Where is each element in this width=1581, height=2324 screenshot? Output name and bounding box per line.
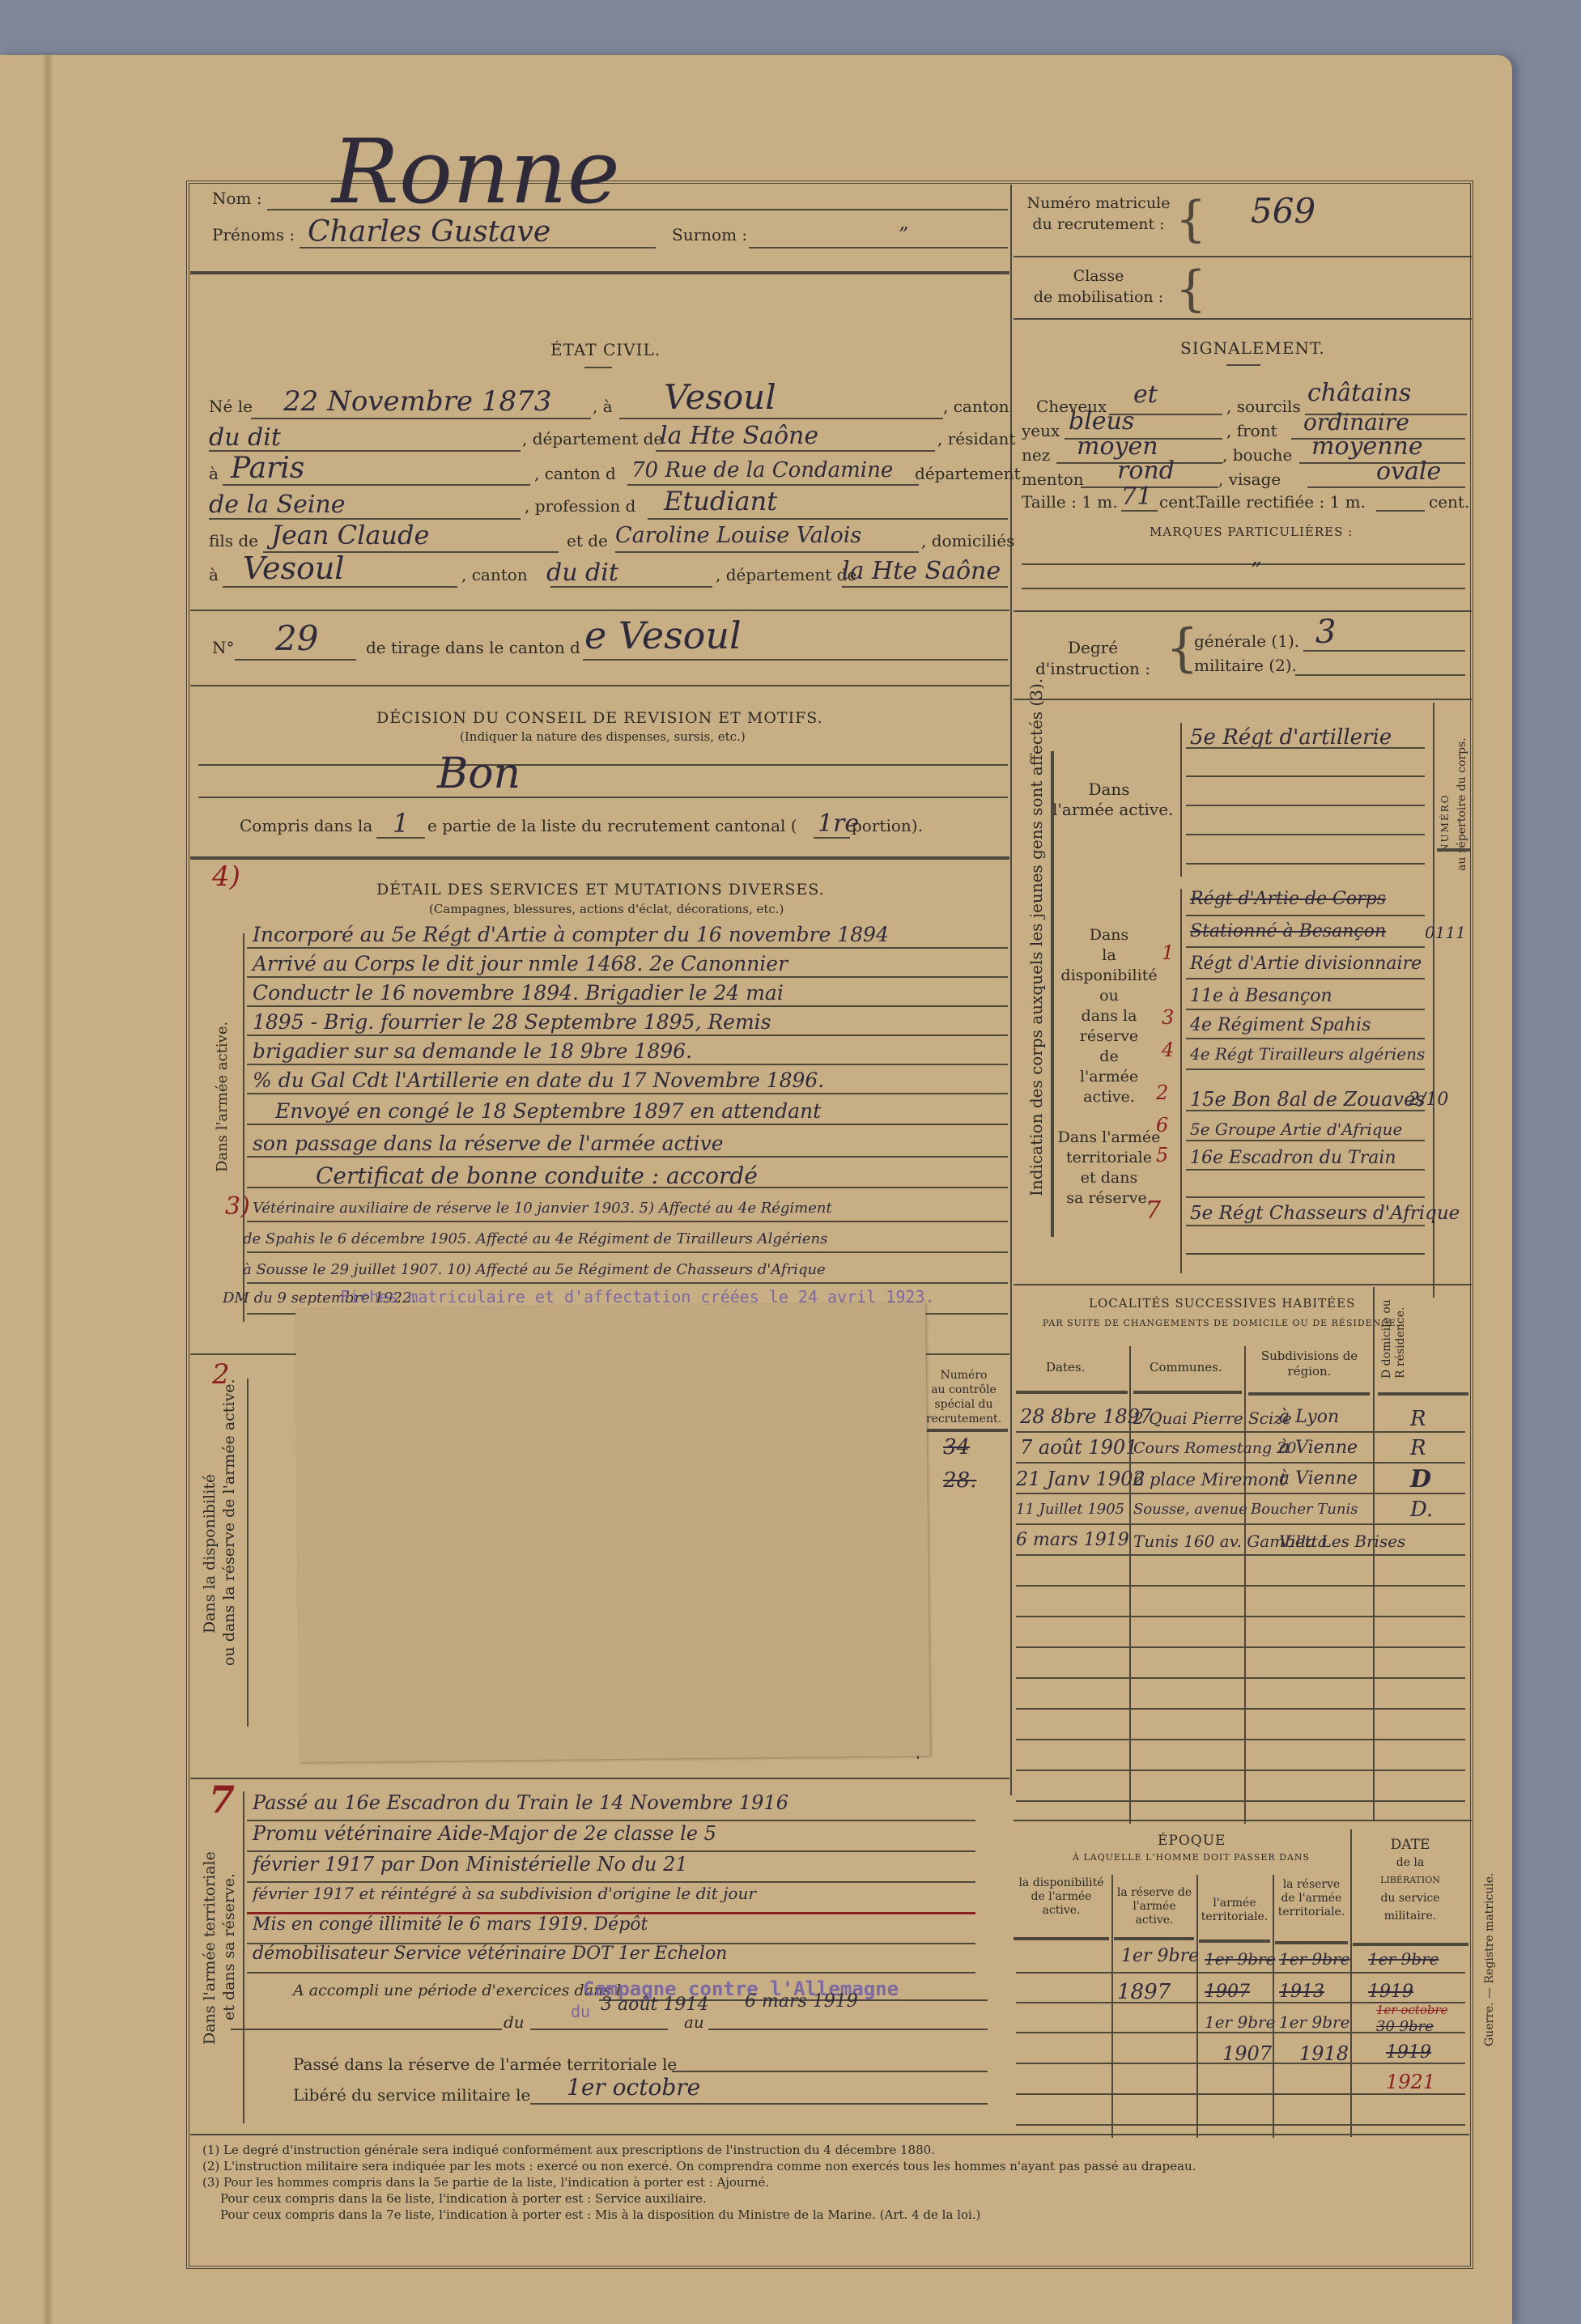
portion-label: portion). (852, 816, 923, 835)
territoriale-value: 1907 (1222, 2042, 1272, 2065)
mother-name: Caroline Louise Valois (615, 523, 861, 548)
du-label: du (504, 2012, 525, 2032)
terr-entry: 15e Bon 8al de Zouaves (1190, 1088, 1426, 1111)
territoriale-value: 1er 9bre (1205, 2012, 1275, 2032)
profession-value: Etudiant (664, 486, 777, 516)
decision-title: DÉCISION DU CONSEIL DE REVISION ET MOTIF… (376, 709, 823, 727)
sourcils-label: , sourcils (1226, 397, 1301, 416)
date-liberation-line: LIBÉRATION (1354, 1872, 1467, 1889)
territoriale-line: février 1917 et réintégré à sa subdivisi… (253, 1884, 756, 1903)
footnote: Pour ceux compris dans la 7e liste, l'in… (202, 2207, 1465, 2223)
stamp-du: du (571, 2002, 590, 2021)
dispo-entry: 4e Régiment Spahis (1190, 1015, 1371, 1035)
cent-label: cent. (1159, 492, 1200, 512)
register-page: Nom : Ronne Prénoms : Charles Gustave Su… (0, 55, 1512, 2324)
dispo-marker: 1 (1162, 941, 1174, 964)
epoque-subtitle: À LAQUELLE L'HOMME DOIT PASSER DANS (1073, 1852, 1310, 1863)
degre-label-2: d'instruction : (1032, 659, 1154, 678)
dispo-label-line: la disponibilité (1056, 945, 1162, 986)
row-date: 6 mars 1919 (1016, 1530, 1129, 1550)
ne-le-value: 22 Novembre 1873 (283, 385, 551, 418)
footnote: (2) L'instruction militaire sera indiqué… (202, 2158, 1465, 2174)
tirage-canton-value: e Vesoul (584, 614, 742, 657)
sourcils-value: châtains (1307, 379, 1411, 407)
departement-label: , département de (522, 429, 663, 448)
services-side-label: Dans l'armée active. (214, 1022, 231, 1172)
dispo-label-line: de (1056, 1047, 1162, 1067)
birthplace-value: Vesoul (664, 377, 776, 417)
epoque-col-territoriale: l'armée territoriale. (1198, 1897, 1271, 1924)
degre-label-1: Degré (1032, 638, 1154, 657)
active-label-2: l'armée active. (1052, 800, 1166, 819)
service-line: % du Gal Cdt l'Artillerie en date du 17 … (253, 1069, 824, 1092)
dom-canton-value: du dit (546, 559, 618, 587)
column-divider (1010, 185, 1012, 1795)
generale-value: 3 (1315, 614, 1336, 651)
active-entry: 5e Régt d'artillerie (1190, 725, 1392, 750)
localites-subtitle: PAR SUITE DE CHANGEMENTS DE DOMICILE OU … (1043, 1318, 1400, 1328)
decision-subtitle: (Indiquer la nature des dispenses, sursi… (460, 729, 746, 744)
service-line: à Sousse le 29 juillet 1907. 10) Affecté… (243, 1261, 826, 1278)
disponibilite-side-label-1: Dans la disponibilité (201, 1474, 219, 1634)
libere-value: 1er octobre (567, 2074, 700, 2101)
row-date: 7 août 1901 (1020, 1436, 1137, 1459)
surnom-label: Surnom : (672, 225, 747, 244)
epoque-col-disponibilite: la disponibilité de l'armée active. (1012, 1876, 1111, 1918)
dom-dept-value: la Hte Saône (842, 557, 1001, 585)
ne-le-label: Né le (209, 397, 253, 416)
nez-label: nez (1022, 445, 1050, 465)
cent2-label: cent. (1429, 492, 1469, 512)
dispo-label-line: l'armée active. (1056, 1067, 1162, 1107)
service-line: Vétérinaire auxiliaire de réserve le 10 … (253, 1200, 832, 1217)
campagne-au-value: 6 mars 1919 (745, 1991, 858, 2012)
matricule-value: 569 (1251, 191, 1315, 231)
taille-label: Taille : 1 m. (1022, 492, 1118, 512)
row-type: D (1410, 1465, 1431, 1493)
row-commune: Sousse, avenue (1133, 1501, 1247, 1518)
cheveux-value: et (1133, 380, 1158, 409)
yeux-label: yeux (1022, 421, 1060, 440)
epoque-col-reserve-territoriale: la réserve de l'armée territoriale. (1274, 1878, 1349, 1919)
surnom-value: ” (899, 223, 908, 246)
controle-label-line: au contrôle (921, 1383, 1006, 1397)
registre-matricule-caption: Guerre. — Registre matricule. (1483, 1873, 1496, 2047)
territoriale-label-line: et dans (1056, 1168, 1162, 1188)
et-de-label: et de (567, 531, 608, 550)
canton-value: du dit (209, 423, 281, 452)
residant-a-label: à (209, 464, 219, 483)
row-commune: Cours Romestang 20 (1133, 1439, 1296, 1457)
service-line: 1895 - Brig. fourrier le 28 Septembre 18… (253, 1010, 771, 1034)
footnote: Pour ceux compris dans la 6e liste, l'in… (202, 2190, 1465, 2207)
date-liberation-line: militaire. (1354, 1907, 1467, 1925)
prenoms-value: Charles Gustave (308, 215, 550, 249)
terr-marker: 6 (1156, 1114, 1168, 1137)
territoriale-line: Promu vétérinaire Aide-Major de 2e class… (253, 1822, 716, 1845)
prenoms-label: Prénoms : (212, 225, 295, 244)
partie-label: e partie de la liste du recrutement cant… (427, 816, 797, 835)
terr-entry: 5e Groupe Artie d'Afrique (1190, 1120, 1402, 1139)
territoriale-value: 1907 (1205, 1982, 1250, 2002)
date-liberation-header: DATE de la LIBÉRATION du service militai… (1354, 1836, 1467, 1925)
tirage-label: de tirage dans le canton d (366, 638, 580, 657)
controle-label-line: recrutement. (921, 1412, 1006, 1426)
dispo-label-line: dans la réserve (1056, 1006, 1162, 1047)
reserve-active-value: 1897 (1117, 1980, 1171, 2004)
controle-value: 34 (943, 1435, 970, 1459)
epoque-col-reserve-active: la réserve de l'armée active. (1114, 1886, 1195, 1927)
father-name: Jean Claude (271, 520, 429, 550)
terr-marker: 7 (1145, 1196, 1161, 1225)
fils-de-label: fils de (209, 531, 258, 550)
terr-entry: 5e Régt Chasseurs d'Afrique (1190, 1203, 1460, 1224)
generale-label: générale (1). (1194, 631, 1299, 651)
departement2-label: département (915, 464, 1021, 483)
classe-label-2: de mobilisation : (1022, 288, 1175, 306)
reserve-territoriale-value: 1913 (1279, 1982, 1324, 2002)
canton2-value: 70 Rue de la Condamine (631, 458, 893, 482)
reserve-territoriale-value: 1er 9bre (1279, 1949, 1349, 1969)
row-type: R (1410, 1436, 1426, 1460)
nom-value: Ronne (332, 120, 620, 223)
visage-value: ovale (1376, 457, 1441, 486)
brace-icon: { (1175, 261, 1206, 317)
row-commune: 6 place Miremont (1133, 1470, 1286, 1489)
service-line: de Spahis le 6 décembre 1905. Affecté au… (243, 1230, 827, 1247)
reserve-territoriale-value: 1er 9bre (1279, 2012, 1349, 2032)
compris-label: Compris dans la (240, 816, 372, 835)
liberation-value: 1919 (1368, 1982, 1413, 2002)
menton-label: menton (1022, 469, 1084, 489)
reserve-territoriale-label: Passé dans la réserve de l'armée territo… (293, 2054, 677, 2074)
dispo-entry: Régt d'Artie de Corps (1190, 889, 1386, 909)
territoriale-marker: 7 (209, 1778, 235, 1821)
bouche-label: , bouche (1222, 445, 1292, 465)
tirage-no-label: N° (212, 638, 235, 657)
territoriale-line: Passé au 16e Escadron du Train le 14 Nov… (253, 1791, 788, 1814)
territoriale-side-label-2: et dans sa réserve. (220, 1873, 238, 2020)
decision-value: Bon (437, 750, 521, 798)
territoriale-line: Mis en congé illimité le 6 mars 1919. Dé… (253, 1914, 648, 1935)
row-type: R (1410, 1407, 1426, 1431)
row-subdivision: Boucher Tunis (1251, 1501, 1358, 1518)
dispo-entry: Régt d'Artie divisionnaire (1190, 954, 1422, 974)
dispo-entry: 11e à Besançon (1190, 986, 1332, 1006)
liberation-value: 1919 (1386, 2042, 1431, 2063)
reserve-active-value: 1er 9bre (1121, 1946, 1199, 1966)
controle-label: Numéro au contrôle spécial du recrutemen… (921, 1368, 1006, 1426)
date-liberation-line: DATE (1354, 1836, 1467, 1854)
localites-title: LOCALITÉS SUCCESSIVES HABITÉES (1089, 1296, 1355, 1311)
residant-value: Paris (231, 452, 304, 485)
matricule-label-2: du recrutement : (1022, 215, 1175, 233)
date-liberation-line: de la (1354, 1854, 1467, 1872)
territoriale-label-line: Dans l'armée (1056, 1128, 1162, 1148)
active-label-1: Dans (1056, 780, 1162, 799)
row-subdivision: à Vienne (1279, 1468, 1358, 1489)
militaire-label: militaire (2). (1194, 656, 1297, 675)
service-line: Certificat de bonne conduite : accordé (316, 1162, 758, 1189)
controle-value: 28. (943, 1468, 976, 1493)
classe-label-1: Classe (1022, 267, 1175, 285)
service-line: brigadier sur sa demande le 18 9bre 1896… (253, 1039, 692, 1063)
terr-numero: 2/10 (1409, 1090, 1448, 1110)
territoriale-side-label-1: Dans l'armée territoriale (201, 1851, 219, 2045)
dispo-numero: 0111 (1425, 923, 1466, 942)
liberation-value: 1er 9bre (1368, 1949, 1439, 1969)
taille-value: 71 (1121, 482, 1152, 511)
dispo-marker: 4 (1162, 1039, 1174, 1061)
departement2-value: de la Seine (209, 491, 346, 519)
service-line: Envoyé en congé le 18 Septembre 1897 en … (275, 1099, 821, 1123)
nom-label: Nom : (212, 189, 262, 208)
dom-a-label: à (209, 565, 219, 584)
dispo-marker: 3 (1162, 1006, 1174, 1029)
dispo-entry: 4e Régt Tirailleurs algériens (1190, 1044, 1425, 1064)
marques-title: MARQUES PARTICULIÈRES : (1150, 525, 1353, 539)
dispo-label-line: ou (1056, 986, 1162, 1006)
dispo-label-line: Dans (1056, 925, 1162, 945)
territoriale-line: février 1917 par Don Ministérielle No du… (253, 1853, 688, 1876)
dom-canton-label: , canton (461, 565, 528, 584)
dispo-label: Dans la disponibilité ou dans la réserve… (1056, 925, 1162, 1107)
date-liberation-line: du service (1354, 1889, 1467, 1907)
visage-label: , visage (1218, 469, 1281, 489)
services-subtitle: (Campagnes, blessures, actions d'éclat, … (429, 902, 784, 916)
disponibilite-side-label-2: ou dans la réserve de l'armée active. (220, 1379, 238, 1667)
row-subdivision: à Lyon (1279, 1407, 1339, 1427)
terr-marker: 2 (1156, 1081, 1168, 1104)
bouche-value: moyenne (1311, 432, 1423, 461)
compris-value: 1 (393, 808, 409, 839)
liberation-value: 1921 (1386, 2071, 1435, 2093)
controle-label-line: spécial du (921, 1397, 1006, 1412)
row-type: D. (1410, 1498, 1433, 1522)
departement-value: la Hte Saône (660, 422, 818, 450)
yeux-value: bleus (1069, 407, 1134, 435)
territoriale-value: 1er 9bre (1205, 1949, 1275, 1969)
canton2-label: , canton d (534, 464, 616, 483)
au-label: au (684, 2012, 704, 2032)
brace-icon: { (1175, 191, 1206, 248)
taille-rectifiee-label: Taille rectifiée : 1 m. (1196, 492, 1366, 512)
row-date: 28 8bre 1897 (1020, 1405, 1152, 1428)
marques-value: ” (1251, 559, 1261, 583)
dom-value: Vesoul (243, 550, 344, 586)
canton-label: , canton (943, 397, 1009, 416)
exercices-label: A accompli une période d'exercices dans … (293, 1982, 621, 1999)
libere-label: Libéré du service militaire le (293, 2085, 530, 2105)
service-line: Arrivé au Corps le dit jour nmle 1468. 2… (253, 952, 788, 975)
row-date: 21 Janv 1902 (1016, 1468, 1145, 1490)
matricule-label-1: Numéro matricule (1022, 194, 1175, 212)
etat-civil-title: ÉTAT CIVIL. (550, 340, 661, 359)
footnotes: (1) Le degré d'instruction générale sera… (202, 2142, 1465, 2223)
signalement-title: SIGNALEMENT. (1180, 338, 1325, 358)
footnote: (1) Le degré d'instruction générale sera… (202, 2142, 1465, 2158)
reserve-territoriale-value: 1918 (1299, 2042, 1349, 2065)
localites-col-subdivisions: Subdivisions de région. (1251, 1349, 1368, 1379)
services-marker-3: 3) (225, 1192, 250, 1221)
front-label: , front (1226, 421, 1277, 440)
service-line: son passage dans la réserve de l'armée a… (253, 1132, 724, 1155)
row-date: 11 Juillet 1905 (1016, 1501, 1124, 1518)
row-commune: 2 Quai Pierre Scize (1133, 1408, 1292, 1428)
epoque-title: ÉPOQUE (1158, 1833, 1226, 1849)
a-label: , à (593, 397, 613, 416)
domicilies-label: , domiciliés (921, 531, 1014, 550)
paper-patch (295, 1302, 930, 1762)
localites-col-dates: Dates. (1046, 1360, 1085, 1374)
dom-dept-label: , département de (716, 565, 856, 584)
services-title: DÉTAIL DES SERVICES ET MUTATIONS DIVERSE… (376, 881, 825, 899)
tirage-number: 29 (275, 618, 318, 658)
terr-entry: 16e Escadron du Train (1190, 1148, 1396, 1168)
terr-marker: 5 (1156, 1144, 1168, 1166)
menton-value: rond (1117, 457, 1175, 485)
liberation-value: 1er octobre (1376, 2003, 1448, 2017)
row-subdivision: à Vienne (1279, 1438, 1358, 1458)
service-line: Incorporé au 5e Régt d'Artie à compter d… (253, 923, 889, 946)
dispo-entry: Stationné à Besançon (1190, 921, 1386, 941)
territoriale-line: démobilisateur Service vétérinaire DOT 1… (253, 1944, 727, 1964)
territoriale-label-line: territoriale (1056, 1148, 1162, 1168)
controle-label-line: Numéro (921, 1368, 1006, 1383)
residant-label: , résidant (937, 429, 1015, 448)
services-section-marker: 4) (212, 860, 240, 893)
localites-col-type: D domicile ou R résidence. (1380, 1289, 1408, 1379)
numero-label: NUMÉRO (1439, 793, 1451, 852)
localites-col-communes: Communes. (1150, 1360, 1222, 1374)
corps-side-label: Indication des corps auxquels les jeunes… (1026, 678, 1046, 1196)
footnote: (3) Pour les hommes compris dans la 5e p… (202, 2174, 1465, 2190)
row-subdivision: Villa Les Brises (1279, 1532, 1405, 1551)
service-line: Conductr le 16 novembre 1894. Brigadier … (253, 981, 784, 1005)
profession-label: , profession d (525, 496, 635, 516)
